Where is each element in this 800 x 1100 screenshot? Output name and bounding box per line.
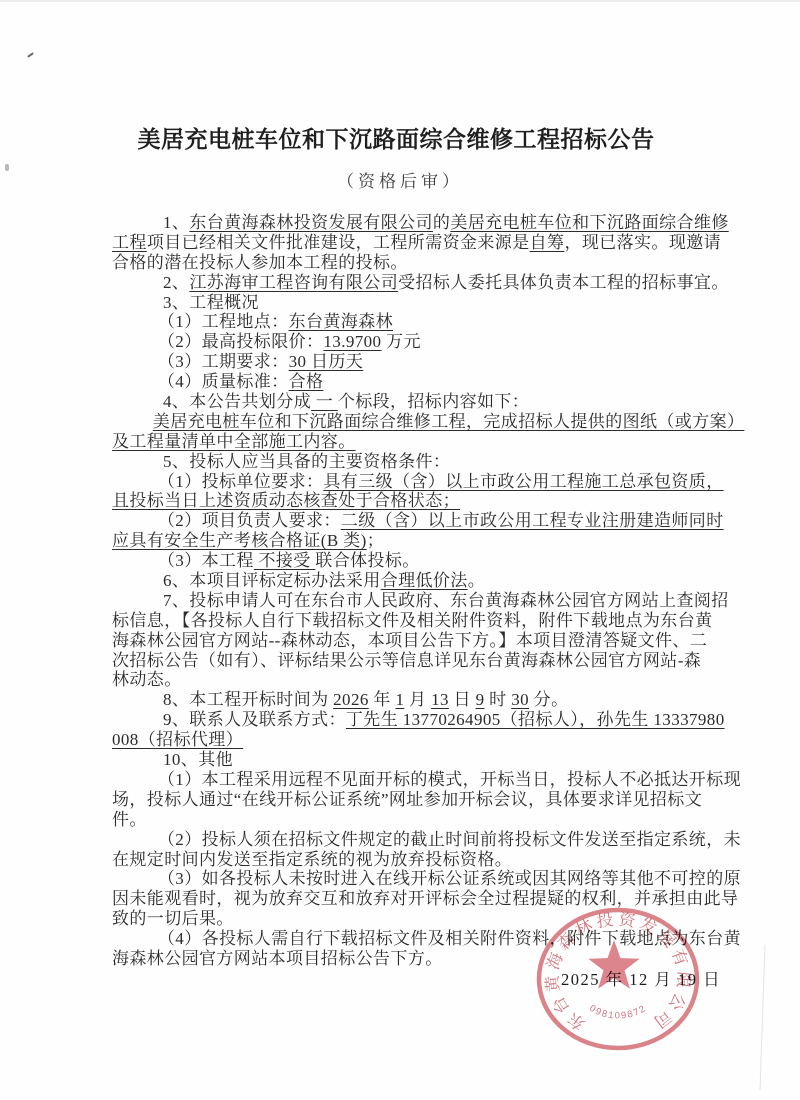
underlined-text: 合格 <box>289 372 324 391</box>
body-line: 件。 <box>112 810 762 830</box>
seal-star-icon <box>588 940 639 989</box>
body-line: 008（招标代理） <box>112 730 762 750</box>
underlined-text: 美居充电桩车位和下沉路面综合维修 <box>450 213 728 232</box>
body-line: 工程项目已经相关文件批准建设，工程所需资金来源是自筹，现已落实。现邀请 <box>112 233 762 253</box>
body-line: （2）项目负责人要求：二级（含）以上市政公用工程专业注册建造师同时 <box>112 511 762 531</box>
underlined-text: 不接受 <box>254 551 316 570</box>
text: 7、投标申请人可在东台市人民政府、东台黄海森林公园官方网站上查阅招 <box>163 591 729 610</box>
body-line: 应具有安全生产考核合格证(B 类)； <box>112 531 762 551</box>
document-body: 1、东台黄海森林投资发展有限公司的美居充电桩车位和下沉路面综合维修工程项目已经相… <box>112 213 762 969</box>
body-line: （3）工期要求：30 日历天 <box>112 352 762 372</box>
scanned-document-page: 美居充电桩车位和下沉路面综合维修工程招标公告 （资格后审） 1、东台黄海森林投资… <box>0 0 800 1100</box>
text: 。 <box>468 571 485 590</box>
text: 9、联系人及联系方式： <box>163 710 346 729</box>
text: 4、本公告共划分成 <box>163 392 311 411</box>
body-line: （3）如各投标人未按时进入在线开标公证系统或因其网络等其他不可控的原 <box>112 869 762 889</box>
text: （3）如各投标人未按时进入在线开标公证系统或因其网络等其他不可控的原 <box>158 869 741 888</box>
text: （3）工期要求： <box>158 352 289 371</box>
body-line: （1）工程地点：东台黄海森林 <box>112 312 762 332</box>
text: （3）本工程 <box>158 551 254 570</box>
text: 1、 <box>163 213 189 232</box>
body-line: 合格的潜在投标人参加本工程的投标。 <box>112 253 762 273</box>
underlined-text: 一 <box>311 392 338 411</box>
text: 分。 <box>529 690 568 709</box>
body-line: 海森林公园官方网站--森林动态，本项目公告下方。】本项目澄清答疑文件、二 <box>112 631 762 651</box>
text: 海森林公园官方网站本项目招标公告下方。 <box>112 949 443 968</box>
document-subtitle: （资格后审） <box>0 167 800 192</box>
text: 场，投标人通过“在线开标公证系统”网址参加开标会议，具体要求详见招标文 <box>112 790 702 809</box>
body-line: 场，投标人通过“在线开标公证系统”网址参加开标会议，具体要求详见招标文 <box>112 790 762 810</box>
underlined-text: 应具有安全生产考核合格证(B 类) <box>112 531 367 550</box>
text: 月 <box>404 690 431 709</box>
underlined-text: 且投标当日上述资质动态核查处于合格状态； <box>112 491 460 510</box>
text: 联合体投标。 <box>315 551 419 570</box>
text: （2）项目负责人要求： <box>158 511 341 530</box>
body-line: （4）质量标准：合格 <box>112 372 762 392</box>
text: （1）工程地点： <box>158 312 289 331</box>
underlined-text: 具有三级（含）以上市政公用工程施工总承包资质， <box>323 472 723 491</box>
scan-artifact <box>5 164 9 171</box>
text: ； <box>367 531 384 550</box>
body-line: 10、其他 <box>112 750 762 770</box>
text: 在规定时间内发送至指定系统的视为放弃投标资格。 <box>112 850 512 869</box>
text: 次招标公告（如有）、评标结果公示等信息详见东台黄海森林公园官方网站-森 <box>112 651 701 670</box>
underlined-text: 江苏海审工程咨询有限公司 <box>189 273 398 292</box>
text: 个标段，招标内容如下： <box>338 392 529 411</box>
body-line: 1、东台黄海森林投资发展有限公司的美居充电桩车位和下沉路面综合维修 <box>112 213 762 233</box>
body-line: （1）投标单位要求：具有三级（含）以上市政公用工程施工总承包资质， <box>112 472 762 492</box>
body-line: 4、本公告共划分成 一 个标段，招标内容如下： <box>112 392 762 412</box>
body-line: 3、工程概况 <box>112 293 762 313</box>
body-line: （2）投标人须在招标文件规定的截止时间前将投标文件发送至指定系统，未 <box>112 830 762 850</box>
text: 年 <box>369 690 396 709</box>
text: ，现已落实。现邀请 <box>564 233 721 252</box>
underlined-text: 30 <box>511 690 529 709</box>
text: 8、本工程开标时间为 <box>163 690 333 709</box>
text: 3、工程概况 <box>163 293 259 312</box>
body-line: 标信息，【各投标人自行下载招标文件及相关附件资料，附件下载地点为东台黄 <box>112 611 762 631</box>
underlined-text: 二级（含）以上市政公用工程专业注册建造师同时 <box>341 511 724 530</box>
body-line: 林动态。 <box>112 670 762 690</box>
underlined-text: 东台黄海森林 <box>289 312 393 331</box>
body-line: 8、本工程开标时间为 2026 年 1 月 13 日 9 时 30 分。 <box>112 690 762 710</box>
scan-artifact <box>27 52 34 58</box>
text: 万元 <box>381 332 420 351</box>
body-line: 且投标当日上述资质动态核查处于合格状态； <box>112 491 762 511</box>
underlined-text: 东台黄海森林投资发展有限公司 <box>189 213 433 232</box>
body-line: 美居充电桩车位和下沉路面综合维修工程，完成招标人提供的图纸（或方案） <box>112 412 762 432</box>
underlined-text: 丁先生 13770264905（招标人），孙先生 13337980 <box>346 710 725 729</box>
text: （1）本工程采用远程不见面开标的模式，开标当日，投标人不必抵达开标现 <box>158 770 741 789</box>
body-line: 7、投标申请人可在东台市人民政府、东台黄海森林公园官方网站上查阅招 <box>112 591 762 611</box>
body-line: （3）本工程 不接受 联合体投标。 <box>112 551 762 571</box>
underlined-text: 13 <box>431 690 449 709</box>
scan-edge-shadow <box>0 0 800 2</box>
text: 致的一切后果。 <box>112 909 234 928</box>
underlined-text: 30 日历天 <box>289 352 364 371</box>
underlined-text: 工程 <box>112 233 147 252</box>
text: 10、其他 <box>163 750 233 769</box>
company-seal: 东台黄海森林投资发展有限公司 3209810987257 <box>532 903 704 1058</box>
body-line: 及工程量清单中全部施工内容。 <box>112 432 762 452</box>
text: 日 <box>449 690 476 709</box>
underlined-text: 合理低价法 <box>381 571 468 590</box>
text: （1）投标单位要求： <box>158 472 324 491</box>
body-line: 2、江苏海审工程咨询有限公司受招标人委托具体负责本工程的招标事宜。 <box>112 273 762 293</box>
text: 时 <box>485 690 512 709</box>
text: 海森林公园官方网站--森林动态，本项目公告下方。】本项目澄清答疑文件、二 <box>112 631 707 650</box>
underlined-text: 美居充电桩车位和下沉路面综合维修工程，完成招标人提供的图纸（或方案） <box>153 412 745 431</box>
body-line: 5、投标人应当具备的主要资格条件： <box>112 452 762 472</box>
text: （2）最高投标限价： <box>158 332 324 351</box>
underlined-text: 及工程量清单中全部施工内容。 <box>112 432 356 451</box>
underlined-text: 13.9700 <box>323 332 381 351</box>
body-line: 6、本项目评标定标办法采用合理低价法。 <box>112 571 762 591</box>
text: 标信息，【各投标人自行下载招标文件及相关附件资料，附件下载地点为东台黄 <box>112 611 713 630</box>
underlined-text: 008（招标代理） <box>112 730 243 749</box>
body-line: 次招标公告（如有）、评标结果公示等信息详见东台黄海森林公园官方网站-森 <box>112 651 762 671</box>
underlined-text: 2026 <box>333 690 369 709</box>
text: 合格的潜在投标人参加本工程的投标。 <box>112 253 408 272</box>
body-line: 在规定时间内发送至指定系统的视为放弃投标资格。 <box>112 850 762 870</box>
underlined-text: 9 <box>476 690 485 709</box>
text: 的 <box>433 213 450 232</box>
text: 5、投标人应当具备的主要资格条件： <box>163 452 450 471</box>
document-title: 美居充电桩车位和下沉路面综合维修工程招标公告 <box>0 121 792 154</box>
text: 件。 <box>112 810 147 829</box>
body-line: 9、联系人及联系方式：丁先生 13770264905（招标人），孙先生 1333… <box>112 710 762 730</box>
text: 2、 <box>163 273 189 292</box>
text: （4）质量标准： <box>158 372 289 391</box>
text: 6、本项目评标定标办法采用 <box>163 571 381 590</box>
text: 林动态。 <box>112 670 182 689</box>
text: 项目已经相关文件批准建设，工程所需资金来源是 <box>147 233 530 252</box>
text: 受招标人委托具体负责本工程的招标事宜。 <box>398 273 729 292</box>
underlined-text: 自筹 <box>530 233 565 252</box>
body-line: （1）本工程采用远程不见面开标的模式，开标当日，投标人不必抵达开标现 <box>112 770 762 790</box>
body-line: （2）最高投标限价：13.9700 万元 <box>112 332 762 352</box>
text: （2）投标人须在招标文件规定的截止时间前将投标文件发送至指定系统，未 <box>158 830 741 849</box>
